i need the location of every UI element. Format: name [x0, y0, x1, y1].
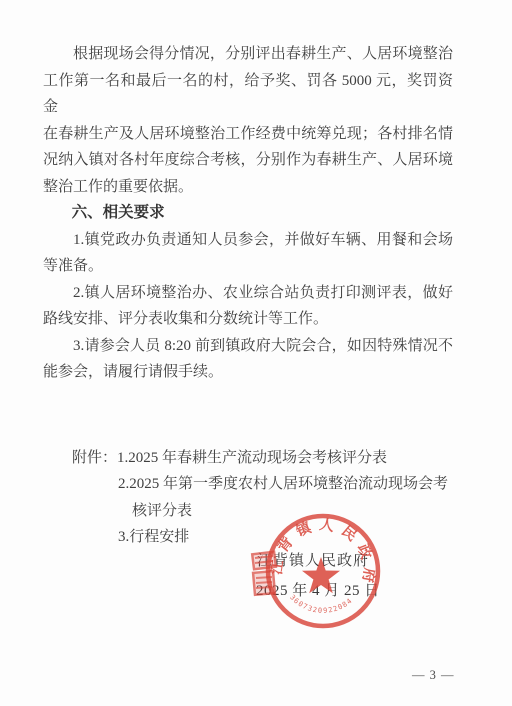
paragraph-line: 况纳入镇对各村年度综合考核，分别作为春耕生产、人居环境 — [43, 147, 453, 174]
paragraph-line: 整治工作的重要依据。 — [43, 174, 453, 201]
attachment-line: 附件：1.2025 年春耕生产流动现场会考核评分表 — [43, 445, 453, 472]
document-page: 根据现场会得分情况，分别评出春耕生产、人居环境整治 工作第一名和最后一名的村，给… — [0, 0, 512, 706]
list-item-line: 等准备。 — [43, 253, 453, 280]
list-item-line: 路线安排、评分表收集和分数统计等工作。 — [43, 306, 453, 333]
attachment-line: 2.2025 年第一季度农村人居环境整治流动现场会考 — [43, 471, 453, 498]
attachment-line: 核评分表 — [43, 498, 453, 525]
paragraph-line: 根据现场会得分情况，分别评出春耕生产、人居环境整治 — [43, 41, 453, 68]
list-item-line: 3.请参会人员 8:20 前到镇政府大院会合，如因特殊情况不 — [43, 333, 453, 360]
list-item-line: 能参会，请履行请假手续。 — [43, 359, 453, 386]
paragraph-line: 在春耕生产及人居环境整治工作经费中统筹兑现；各村排名情 — [43, 121, 453, 148]
signature-date: 2025 年 4 月 25 日 — [256, 579, 380, 600]
list-item-line: 1.镇党政办负责通知人员参会，并做好车辆、用餐和会场 — [43, 227, 453, 254]
section-heading: 六、相关要求 — [43, 200, 453, 227]
attachment-line: 3.行程安排 — [43, 524, 453, 551]
document-body: 根据现场会得分情况，分别评出春耕生产、人居环境整治 工作第一名和最后一名的村，给… — [43, 41, 453, 551]
page-number: — 3 — — [412, 668, 455, 683]
paragraph-line: 工作第一名和最后一名的村，给予奖、罚各 5000 元，奖罚资金 — [43, 68, 453, 121]
list-item-line: 2.镇人居环境整治办、农业综合站负责打印测评表，做好 — [43, 280, 453, 307]
attachments-block: 附件：1.2025 年春耕生产流动现场会考核评分表 2.2025 年第一季度农村… — [43, 445, 453, 551]
signature-issuer: 江背镇人民政府 — [257, 549, 369, 570]
